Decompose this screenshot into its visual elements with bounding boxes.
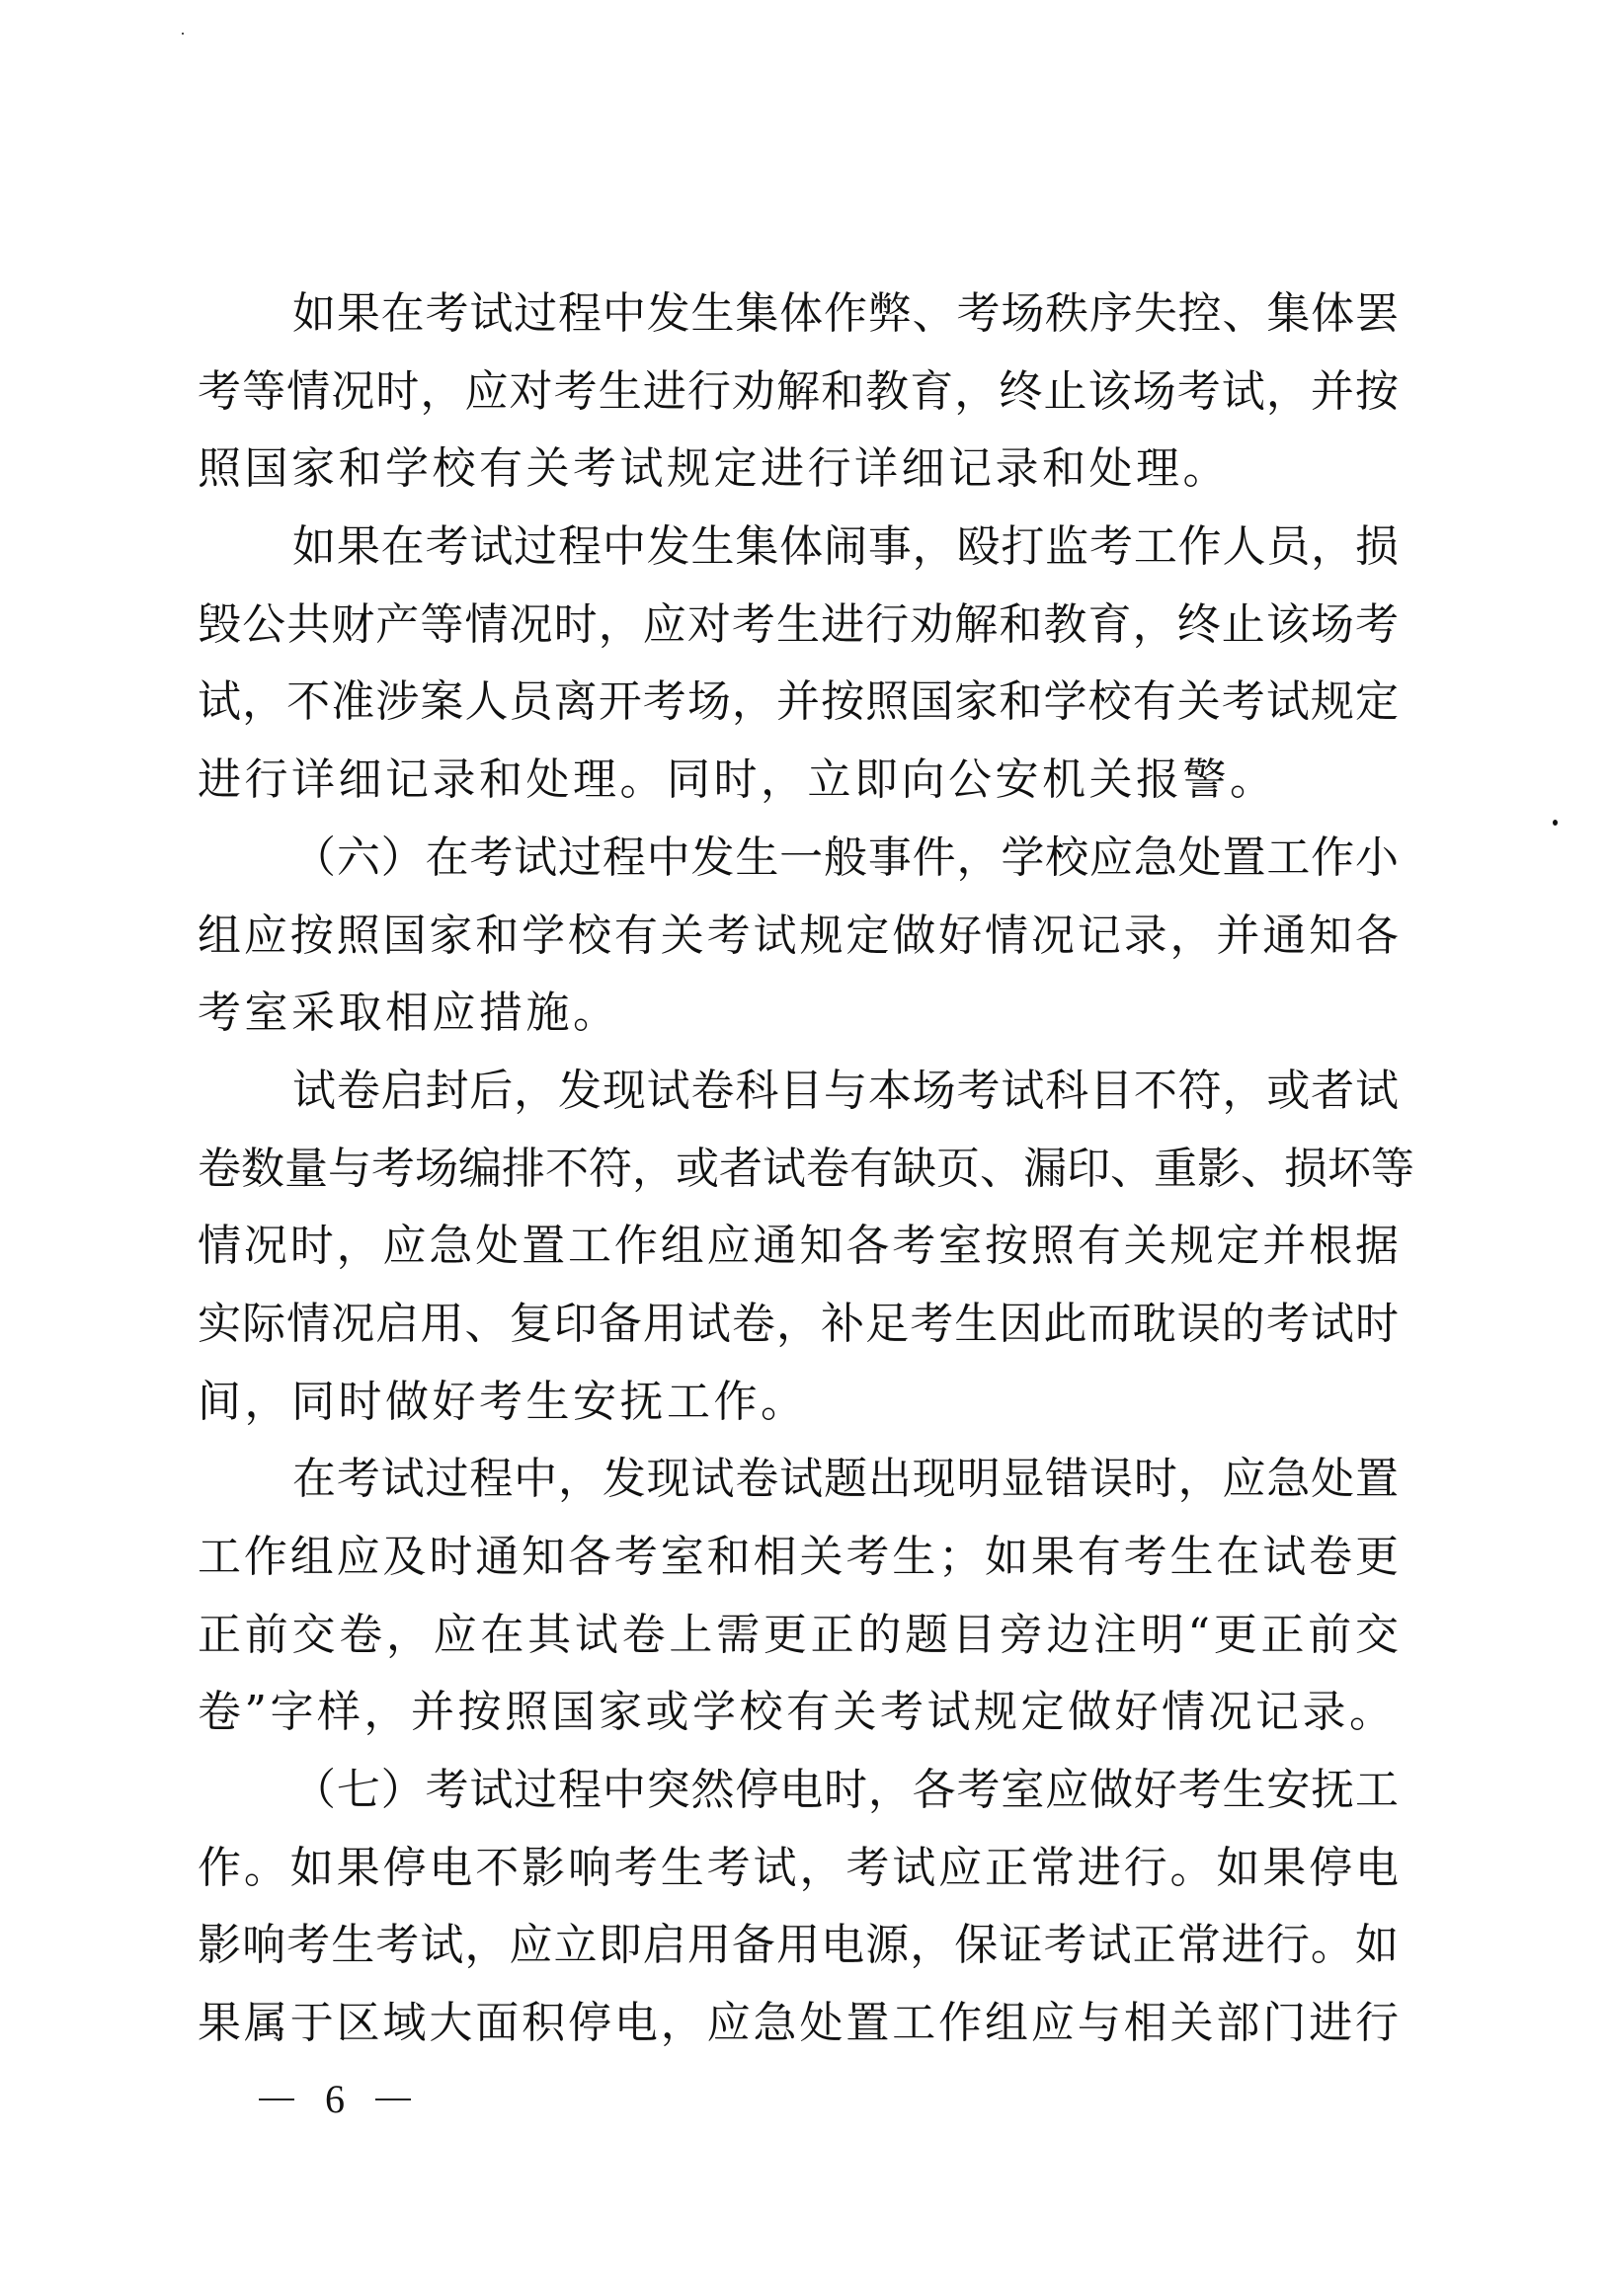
page-number: 6 <box>325 2080 345 2119</box>
text-line: 实际情况启用、复印备用试卷，补足考生因此而耽误的考试时 <box>198 1289 1399 1367</box>
paragraph-section-six: （六）在考试过程中发生一般事件，学校应急处置工作小 组应按照国家和学校有关考试规… <box>198 823 1399 1056</box>
scan-speck-right <box>1553 820 1558 826</box>
paragraph-collective-disturbance: 如果在考试过程中发生集体闹事，殴打监考工作人员，损 毁公共财产等情况时，应对考生… <box>198 512 1399 823</box>
page-number-footer: 6 <box>259 2080 411 2119</box>
text-line: 照国家和学校有关考试规定进行详细记录和处理。 <box>198 434 1399 512</box>
text-line: 影响考生考试，应立即启用备用电源，保证考试正常进行。如 <box>198 1910 1399 1988</box>
text-line: 进行详细记录和处理。同时，立即向公安机关报警。 <box>198 745 1399 823</box>
paragraph-exam-paper-mismatch: 试卷启封后，发现试卷科目与本场考试科目不符，或者试 卷数量与考场编排不符，或者试… <box>198 1056 1399 1444</box>
page-number-dash-right <box>375 2098 411 2100</box>
text-line: 考室采取相应措施。 <box>198 978 1399 1056</box>
text-line: 情况时，应急处置工作组应通知各考室按照有关规定并根据 <box>198 1211 1399 1289</box>
text-line: 毁公共财产等情况时，应对考生进行劝解和教育，终止该场考 <box>198 590 1399 668</box>
text-line: 组应按照国家和学校有关考试规定做好情况记录，并通知各 <box>198 901 1399 979</box>
text-line: 作。如果停电不影响考生考试，考试应正常进行。如果停电 <box>198 1833 1399 1911</box>
text-line: 试卷启封后，发现试卷科目与本场考试科目不符，或者试 <box>198 1056 1399 1134</box>
text-line: （七）考试过程中突然停电时，各考室应做好考生安抚工 <box>198 1755 1399 1833</box>
page-number-dash-left <box>259 2098 294 2100</box>
body-text: 如果在考试过程中发生集体作弊、考场秩序失控、集体罢 考等情况时，应对考生进行劝解… <box>198 278 1399 2066</box>
text-line: 如果在考试过程中发生集体作弊、考场秩序失控、集体罢 <box>198 278 1399 356</box>
text-line: 工作组应及时通知各考室和相关考生；如果有考生在试卷更 <box>198 1522 1399 1600</box>
text-line: 试，不准涉案人员离开考场，并按照国家和学校有关考试规定 <box>198 667 1399 745</box>
text-line: 卷数量与考场编排不符，或者试卷有缺页、漏印、重影、损坏等 <box>198 1134 1399 1212</box>
paragraph-exam-question-error: 在考试过程中，发现试卷试题出现明显错误时，应急处置 工作组应及时通知各考室和相关… <box>198 1444 1399 1755</box>
scan-speck-top <box>182 33 184 35</box>
document-page: 如果在考试过程中发生集体作弊、考场秩序失控、集体罢 考等情况时，应对考生进行劝解… <box>0 0 1608 2296</box>
text-line: （六）在考试过程中发生一般事件，学校应急处置工作小 <box>198 823 1399 901</box>
text-line: 在考试过程中，发现试卷试题出现明显错误时，应急处置 <box>198 1444 1399 1522</box>
text-line: 果属于区域大面积停电，应急处置工作组应与相关部门进行 <box>198 1988 1399 2066</box>
paragraph-collective-cheating: 如果在考试过程中发生集体作弊、考场秩序失控、集体罢 考等情况时，应对考生进行劝解… <box>198 278 1399 512</box>
paragraph-section-seven-power-outage: （七）考试过程中突然停电时，各考室应做好考生安抚工 作。如果停电不影响考生考试，… <box>198 1755 1399 2066</box>
text-line: 正前交卷，应在其试卷上需更正的题目旁边注明“更正前交 <box>198 1600 1399 1678</box>
text-line: 考等情况时，应对考生进行劝解和教育，终止该场考试，并按 <box>198 356 1399 435</box>
text-line: 间，同时做好考生安抚工作。 <box>198 1367 1399 1445</box>
text-line: 卷”字样，并按照国家或学校有关考试规定做好情况记录。 <box>198 1677 1399 1755</box>
text-line: 如果在考试过程中发生集体闹事，殴打监考工作人员，损 <box>198 512 1399 590</box>
